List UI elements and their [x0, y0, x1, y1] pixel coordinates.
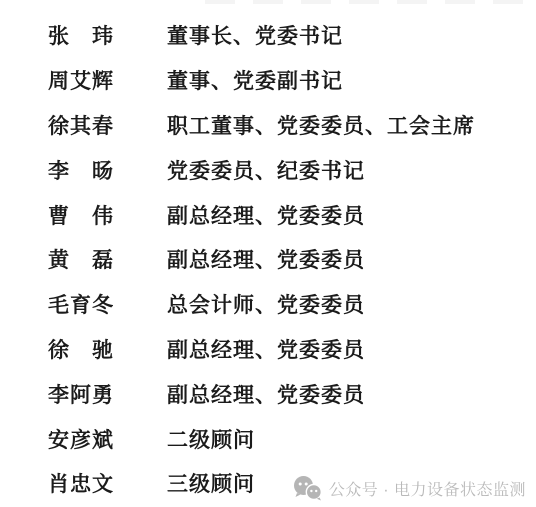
person-title: 副总经理、党委委员 [167, 200, 365, 230]
watermark: 公众号 · 电力设备状态监测 [293, 475, 526, 501]
person-title: 三级顾问 [167, 468, 255, 498]
roster-row: 李阿勇 副总经理、党委委员 [0, 371, 536, 416]
person-title: 董事长、党委书记 [167, 20, 343, 50]
roster-row: 毛育冬 总会计师、党委委员 [0, 282, 536, 327]
person-name: 肖忠文 [48, 468, 118, 498]
wechat-official-account-icon [293, 475, 322, 501]
person-name: 徐其春 [48, 110, 118, 140]
roster-row: 徐 驰 副总经理、党委委员 [0, 327, 536, 372]
person-title: 副总经理、党委委员 [167, 379, 365, 409]
person-title: 副总经理、党委委员 [167, 334, 365, 364]
person-title: 董事、党委副书记 [167, 65, 343, 95]
roster-row: 黄 磊 副总经理、党委委员 [0, 237, 536, 282]
person-name: 李 旸 [48, 155, 118, 185]
person-title: 副总经理、党委委员 [167, 244, 365, 274]
roster-row: 曹 伟 副总经理、党委委员 [0, 192, 536, 237]
person-name: 安彦斌 [48, 424, 118, 454]
roster-row: 张 玮 董事长、党委书记 [0, 13, 536, 58]
person-name: 曹 伟 [48, 200, 118, 230]
cropped-line-remnant [205, 0, 536, 4]
person-name: 张 玮 [48, 20, 118, 50]
roster-row: 李 旸 党委委员、纪委书记 [0, 147, 536, 192]
person-title: 党委委员、纪委书记 [167, 155, 365, 185]
person-name: 李阿勇 [48, 379, 118, 409]
leadership-roster: 张 玮 董事长、党委书记 周艾辉 董事、党委副书记 徐其春 职工董事、党委委员、… [0, 13, 536, 506]
person-name: 黄 磊 [48, 244, 118, 274]
roster-row: 周艾辉 董事、党委副书记 [0, 58, 536, 103]
watermark-text: 公众号 · 电力设备状态监测 [329, 477, 526, 500]
person-title: 总会计师、党委委员 [167, 289, 365, 319]
person-name: 周艾辉 [48, 65, 118, 95]
roster-row: 徐其春 职工董事、党委委员、工会主席 [0, 103, 536, 148]
person-name: 毛育冬 [48, 289, 118, 319]
person-name: 徐 驰 [48, 334, 118, 364]
roster-row: 安彦斌 二级顾问 [0, 416, 536, 461]
person-title: 二级顾问 [167, 424, 255, 454]
person-title: 职工董事、党委委员、工会主席 [167, 110, 475, 140]
